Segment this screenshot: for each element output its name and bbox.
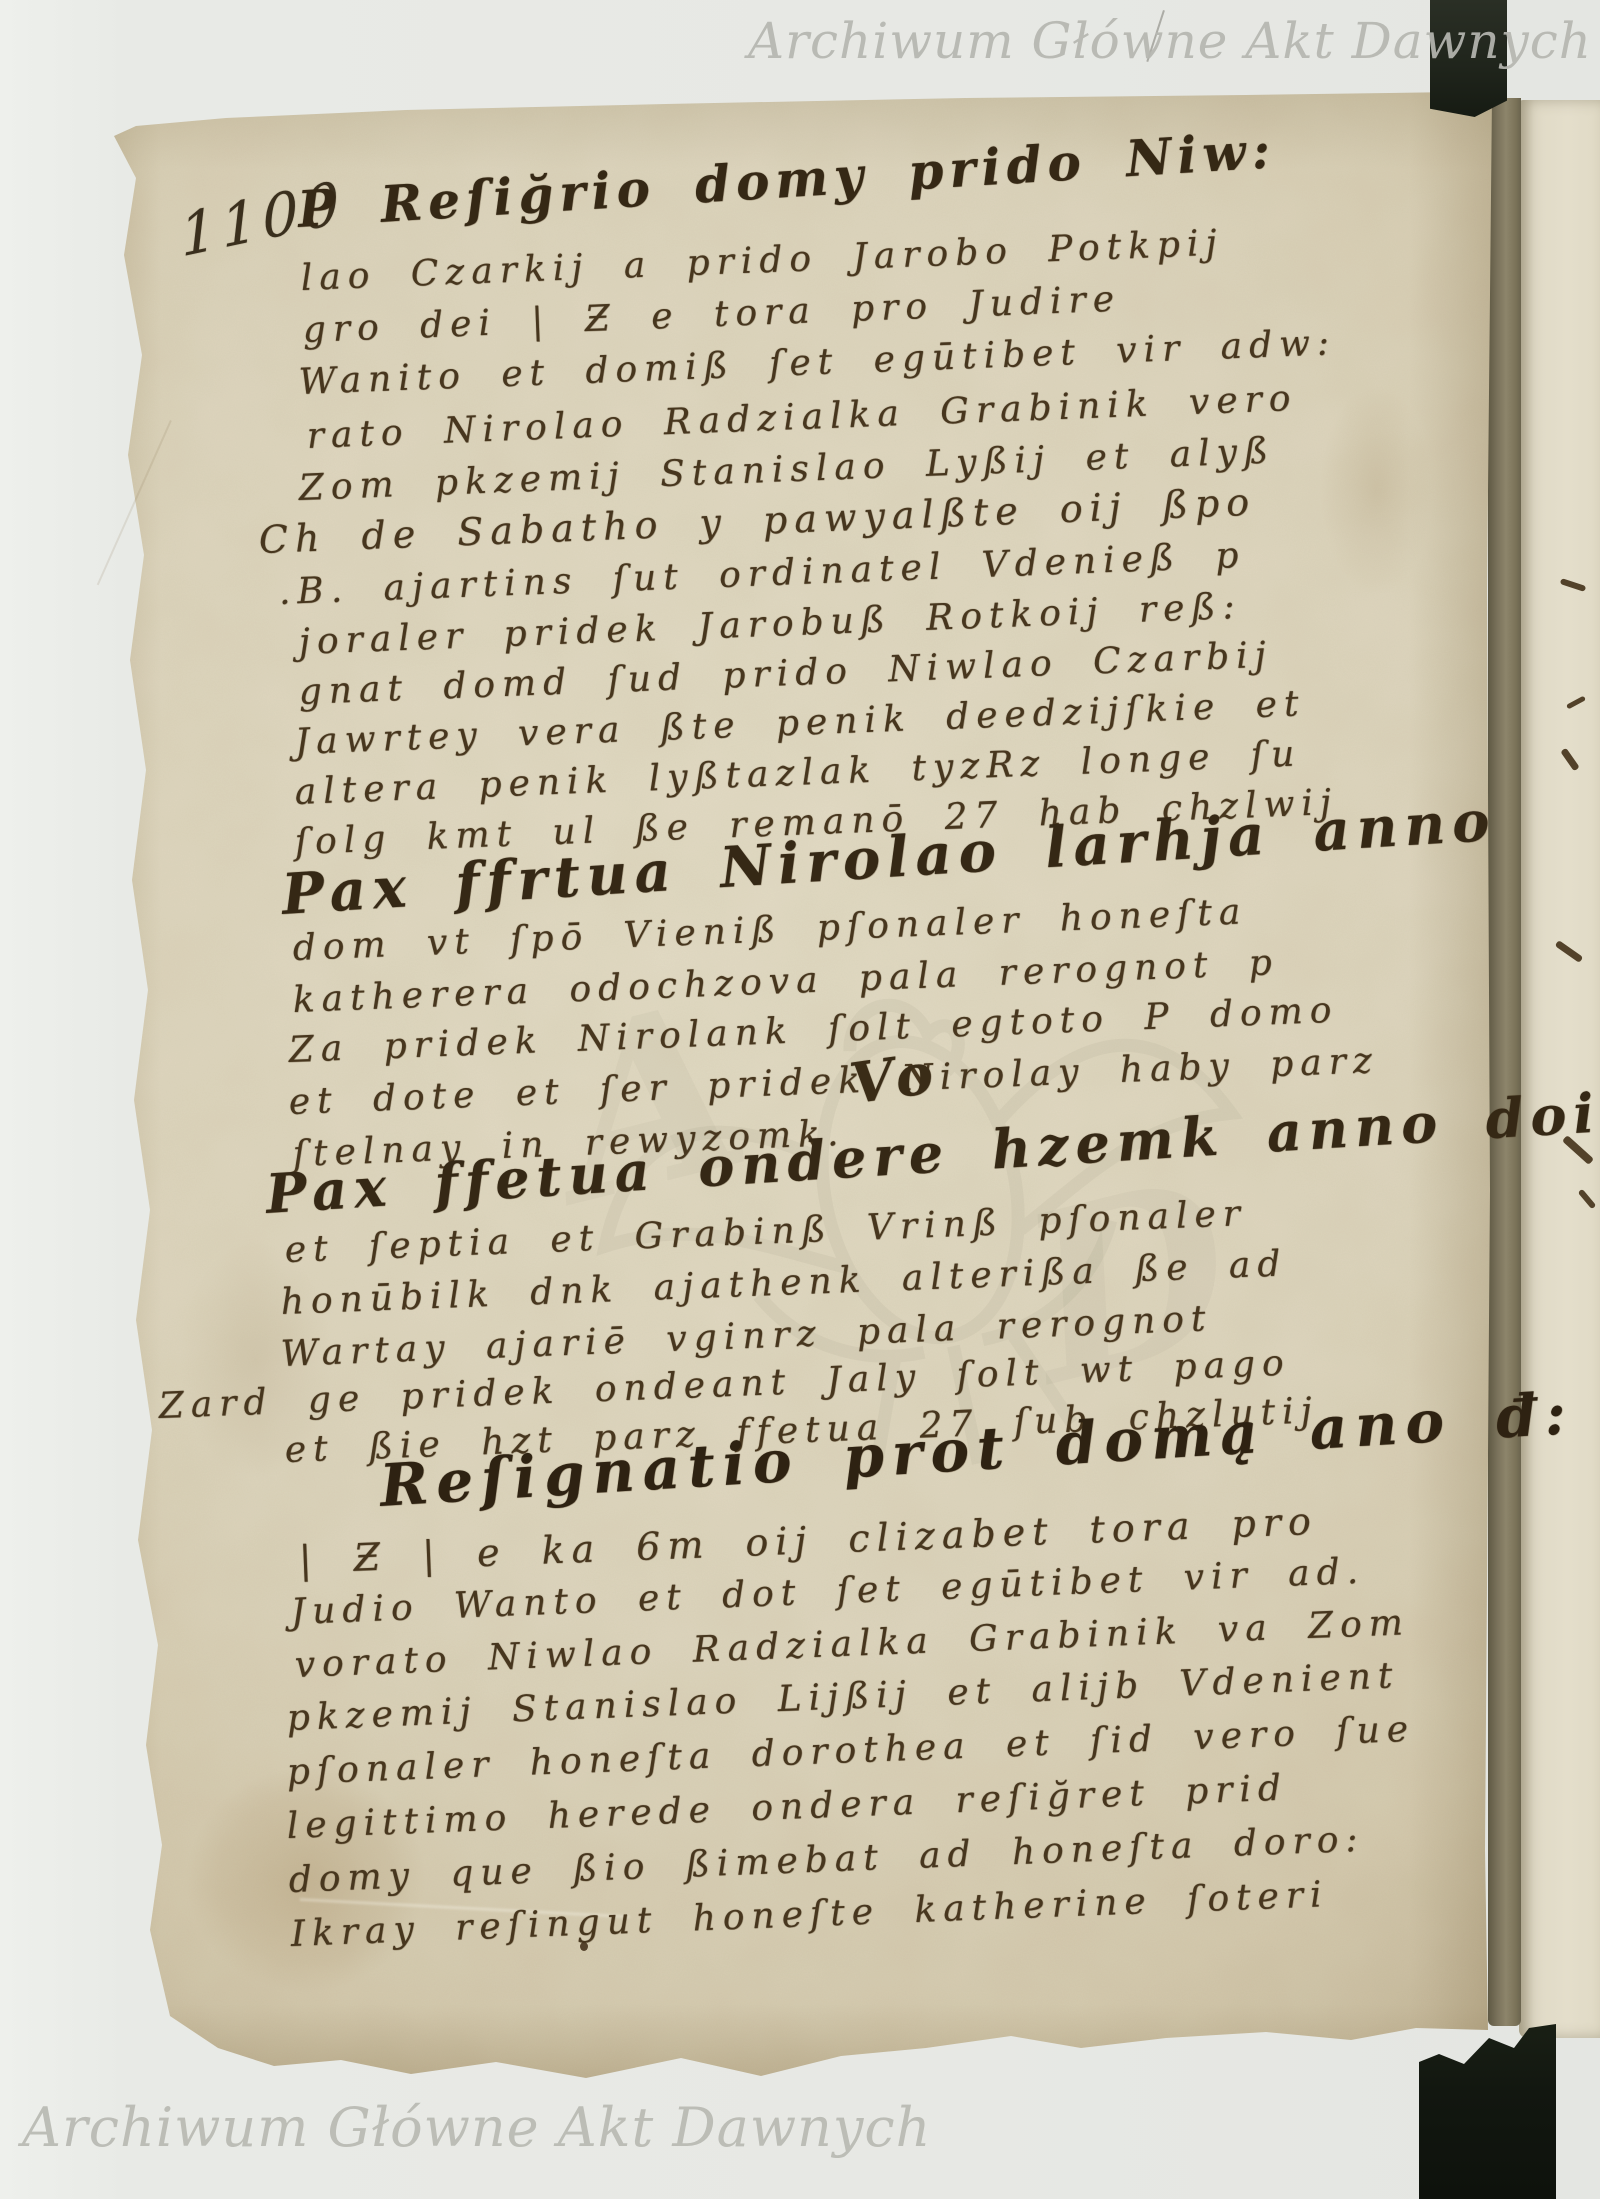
archive-scan: A D 1100 P Reſiğrio domy prido Niw:lao C… [0, 0, 1600, 2199]
archive-watermark-bottom: Archiwum Główne Akt Dawnych [22, 2096, 931, 2159]
ink-mark [1560, 748, 1580, 772]
facing-page-ink-marks [0, 0, 1600, 2199]
ink-mark [1566, 696, 1586, 710]
ink-mark [1560, 578, 1587, 592]
ink-mark [1562, 1135, 1594, 1165]
archive-watermark-top: Archiwum Główne Akt Dawnych [748, 12, 1592, 70]
ink-mark [1555, 940, 1584, 963]
ink-mark [1578, 1189, 1597, 1210]
